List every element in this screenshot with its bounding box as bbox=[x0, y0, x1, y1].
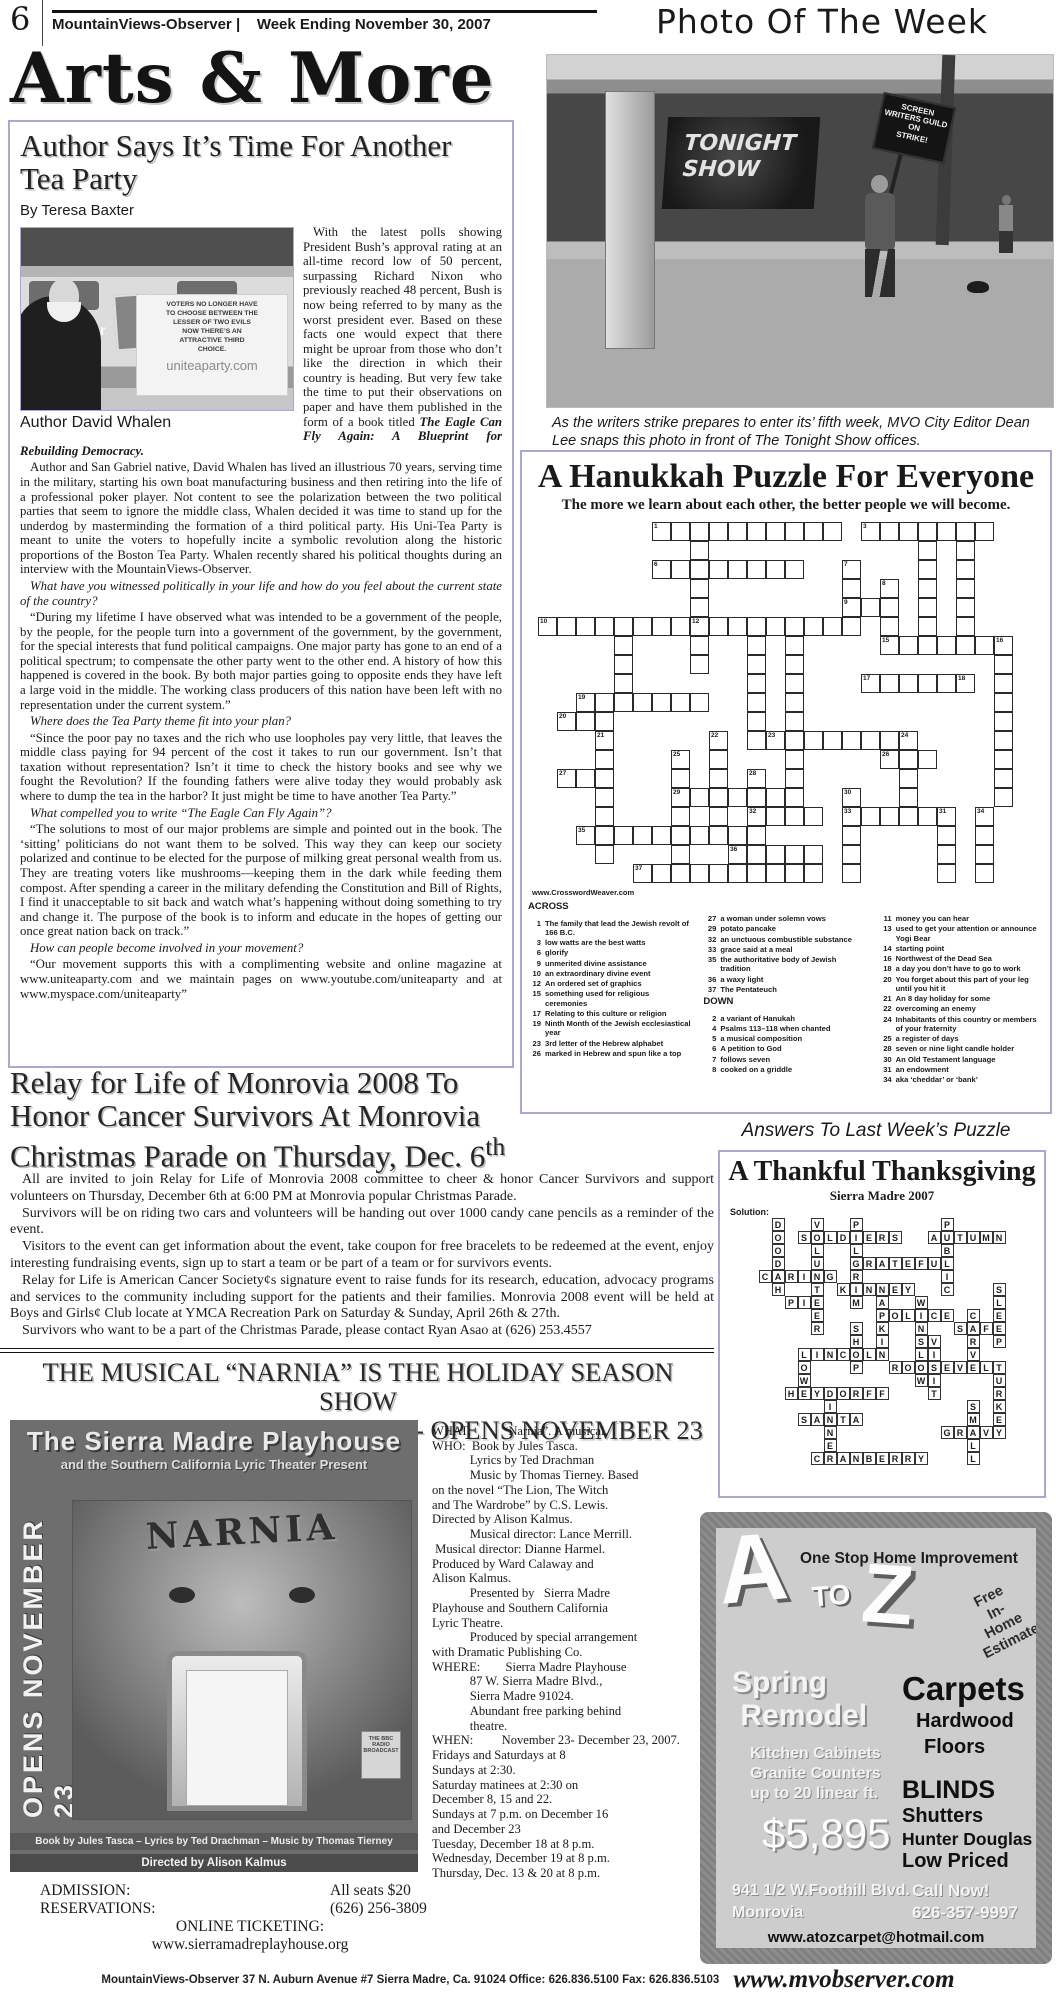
crossword-cell bbox=[614, 674, 633, 693]
crossword-cell bbox=[880, 522, 899, 541]
lion-eye-icon bbox=[169, 1587, 195, 1603]
crossword-cell bbox=[614, 617, 633, 636]
solution-cell: E bbox=[863, 1231, 876, 1244]
solution-cell: N bbox=[824, 1413, 837, 1426]
crossword-cell: 21 bbox=[595, 731, 614, 750]
clue-item: 6A petition to God bbox=[703, 1044, 868, 1053]
crossword-cell: 18 bbox=[956, 674, 975, 693]
clue-item: 34aka ‘cheddar’ or ‘bank’ bbox=[879, 1075, 1044, 1084]
section-rule bbox=[0, 1348, 714, 1353]
crossword-cell bbox=[690, 522, 709, 541]
crossword-cell bbox=[785, 655, 804, 674]
crossword-cell bbox=[576, 769, 595, 788]
crossword-cell bbox=[728, 826, 747, 845]
crossword-cell bbox=[994, 788, 1013, 807]
solution-cell: Y bbox=[811, 1387, 824, 1400]
atoz-address: 941 1/2 W.Foothill Blvd. Monrovia bbox=[732, 1880, 910, 1923]
crossword-cell bbox=[956, 598, 975, 617]
solution-cell: F bbox=[980, 1322, 993, 1335]
crossword-cell bbox=[690, 541, 709, 560]
photo-of-week-caption: As the writers strike prepares to enter … bbox=[552, 414, 1050, 450]
clue-item: 28seven or nine light candle holder bbox=[879, 1044, 1044, 1053]
atoz-shutters: Shutters bbox=[902, 1805, 983, 1828]
solution-cell: M bbox=[967, 1413, 980, 1426]
solution-cell: V bbox=[967, 1348, 980, 1361]
crossword-cell: 12 bbox=[690, 617, 709, 636]
solution-cell: L bbox=[902, 1309, 915, 1322]
crossword-cell bbox=[614, 826, 633, 845]
solution-cell: U bbox=[941, 1231, 954, 1244]
solution-cell: A bbox=[928, 1231, 941, 1244]
solution-cell: O bbox=[902, 1361, 915, 1374]
crossword-cell bbox=[747, 712, 766, 731]
crossword-cell bbox=[804, 731, 823, 750]
solution-cell: E bbox=[811, 1296, 824, 1309]
clue-item: 13used to get your attention or announce… bbox=[879, 924, 1044, 943]
crossword-cell bbox=[994, 712, 1013, 731]
crossword-cell bbox=[785, 750, 804, 769]
crossword-cell bbox=[823, 731, 842, 750]
solution-cell: N bbox=[850, 1452, 863, 1465]
crossword-cell: 1 bbox=[652, 522, 671, 541]
crossword-cell bbox=[728, 617, 747, 636]
solution-cell: R bbox=[889, 1452, 902, 1465]
solution-cell: A bbox=[876, 1296, 889, 1309]
solution-cell: N bbox=[993, 1231, 1006, 1244]
tonight-show-sign: TONIGHT SHOW bbox=[662, 117, 820, 209]
clue-item: 9unmerited divine assistance bbox=[528, 959, 693, 968]
solution-cell: R bbox=[889, 1361, 902, 1374]
solution-cell: I bbox=[876, 1335, 889, 1348]
crossword-cell: 22 bbox=[709, 731, 728, 750]
crossword-cell bbox=[747, 617, 766, 636]
solution-cell: N bbox=[824, 1426, 837, 1439]
atoz-low-priced: Low Priced bbox=[902, 1850, 1009, 1873]
crossword-cell bbox=[709, 617, 728, 636]
crossword-cell bbox=[880, 807, 899, 826]
crossword-cell bbox=[994, 769, 1013, 788]
atoz-letter-a: A bbox=[716, 1528, 792, 1627]
tea-party-headline: Author Says It’s Time For Another Tea Pa… bbox=[20, 130, 502, 195]
crossword-cell bbox=[937, 845, 956, 864]
solution-cell: A bbox=[772, 1270, 785, 1283]
crossword-cell bbox=[671, 693, 690, 712]
article-paragraph: “Our movement supports this with a compl… bbox=[20, 957, 502, 1001]
article-paragraph: How can people become involved in your m… bbox=[20, 941, 502, 956]
clue-item: 24Inhabitants of this country or members… bbox=[879, 1015, 1044, 1034]
answers-label: Answers To Last Week’s Puzzle bbox=[700, 1120, 1052, 1142]
crossword-cell bbox=[709, 864, 728, 883]
solution-cell: P bbox=[941, 1218, 954, 1231]
solution-cell: R bbox=[850, 1387, 863, 1400]
poster-venue: The Sierra Madre Playhouse bbox=[10, 1426, 418, 1457]
crossword-cell bbox=[785, 769, 804, 788]
clue-item: 32an unctuous combustible substance bbox=[703, 935, 868, 944]
solution-cell: U bbox=[811, 1257, 824, 1270]
crossword-cell bbox=[785, 788, 804, 807]
crossword-cell bbox=[652, 617, 671, 636]
crossword-cell bbox=[747, 731, 766, 750]
solution-cell: A bbox=[837, 1452, 850, 1465]
solution-cell: E bbox=[876, 1452, 889, 1465]
solution-cell: I bbox=[928, 1374, 941, 1387]
solution-cell: T bbox=[811, 1283, 824, 1296]
clue-item: 3low watts are the best watts bbox=[528, 938, 693, 947]
crossword-cell bbox=[557, 617, 576, 636]
tea-party-article: Author Says It’s Time For Another Tea Pa… bbox=[8, 120, 514, 1068]
crossword-cell bbox=[899, 807, 918, 826]
crossword-cell bbox=[899, 674, 918, 693]
crossword-cell bbox=[785, 617, 804, 636]
solution-cell: P bbox=[993, 1335, 1006, 1348]
crossword-cell: 10 bbox=[538, 617, 557, 636]
clues-column-3: 11money you can hear13used to get your a… bbox=[879, 899, 1044, 1085]
crossword-cell bbox=[766, 788, 785, 807]
poster-opens-banner: OPENS NOVEMBER 23 bbox=[18, 1498, 80, 1818]
clue-item: 4Psalms 113–118 when chanted bbox=[703, 1024, 868, 1033]
crossword-credit: www.CrosswordWeaver.com bbox=[532, 888, 1044, 897]
solution-cell: K bbox=[876, 1322, 889, 1335]
page-number: 6 bbox=[10, 0, 30, 38]
tea-party-photo-caption: Author David Whalen bbox=[20, 414, 294, 432]
clue-item: 12An ordered set of graphics bbox=[528, 979, 693, 988]
crossword-cell bbox=[633, 826, 652, 845]
solution-cell: R bbox=[863, 1257, 876, 1270]
crossword-cell bbox=[614, 636, 633, 655]
solution-cell: A bbox=[811, 1413, 824, 1426]
solution-cell: E bbox=[941, 1309, 954, 1322]
solution-cell: S bbox=[967, 1400, 980, 1413]
solution-cell: Y bbox=[993, 1426, 1006, 1439]
crossword-cell: 8 bbox=[880, 579, 899, 598]
online-ticketing-url: www.sierramadreplayhouse.org bbox=[40, 1936, 460, 1954]
crossword-cell bbox=[937, 636, 956, 655]
crossword-cell bbox=[785, 674, 804, 693]
crossword-cell bbox=[861, 731, 880, 750]
atoz-hardwood: Hardwood bbox=[916, 1710, 1014, 1733]
solution-cell: I bbox=[798, 1270, 811, 1283]
crossword-cell bbox=[956, 560, 975, 579]
clue-item: 26marked in Hebrew and spun like a top bbox=[528, 1049, 693, 1058]
atoz-promo-items: Kitchen Cabinets Granite Counters up to … bbox=[750, 1744, 881, 1804]
puzzle-title: A Hanukkah Puzzle For Everyone bbox=[528, 458, 1044, 496]
tea-party-body: me to our VOTERS NO LONGER HAVE TO CHOOS… bbox=[20, 225, 502, 1001]
crossword-cell bbox=[918, 636, 937, 655]
solution-cell: R bbox=[824, 1452, 837, 1465]
answers-subtitle: Sierra Madre 2007 bbox=[724, 1188, 1040, 1204]
solution-cell: H bbox=[772, 1283, 785, 1296]
solution-cell: C bbox=[967, 1309, 980, 1322]
solution-cell: F bbox=[876, 1387, 889, 1400]
crossword-cell bbox=[690, 788, 709, 807]
crossword-cell bbox=[975, 864, 994, 883]
crossword-cell bbox=[709, 807, 728, 826]
crossword-cell bbox=[766, 864, 785, 883]
article-paragraph: What have you witnessed politically in y… bbox=[20, 579, 502, 608]
crossword-cell: 35 bbox=[576, 826, 595, 845]
clues-column-1: ACROSS 1The family that lead the Jewish … bbox=[528, 899, 693, 1085]
solution-cell: D bbox=[772, 1218, 785, 1231]
solution-cell: K bbox=[837, 1283, 850, 1296]
atoz-hunter-douglas: Hunter Douglas bbox=[902, 1829, 1032, 1850]
crossword-cell bbox=[918, 617, 937, 636]
admission-row: ADMISSION:All seats $20 bbox=[40, 1882, 600, 1900]
crossword-cell bbox=[899, 522, 918, 541]
crossword-cell bbox=[842, 617, 861, 636]
crossword-grid: 1234567891011121314151617181920212223242… bbox=[538, 522, 1034, 886]
crossword-cell: 30 bbox=[842, 788, 861, 807]
solution-cell: K bbox=[993, 1400, 1006, 1413]
crossword-cell bbox=[747, 788, 766, 807]
solution-cell: L bbox=[967, 1452, 980, 1465]
crossword-cell bbox=[918, 807, 937, 826]
clue-item: 21An 8 day holiday for some bbox=[879, 994, 1044, 1003]
crossword-cell bbox=[671, 617, 690, 636]
crossword-cell bbox=[975, 826, 994, 845]
crossword-cell bbox=[690, 636, 709, 655]
crossword-cell: 37 bbox=[633, 864, 652, 883]
solution-cell: A bbox=[967, 1426, 980, 1439]
solution-cell: T bbox=[889, 1257, 902, 1270]
crossword-cell bbox=[899, 750, 918, 769]
crossword-cell bbox=[842, 864, 861, 883]
solution-cell: B bbox=[941, 1244, 954, 1257]
crossword-cell bbox=[690, 560, 709, 579]
crossword-cell bbox=[956, 636, 975, 655]
solution-cell: G bbox=[941, 1426, 954, 1439]
solution-cell: I bbox=[915, 1309, 928, 1322]
puzzle-subtitle: The more we learn about each other, the … bbox=[528, 497, 1044, 514]
crossword-cell bbox=[842, 826, 861, 845]
solution-cell: U bbox=[993, 1374, 1006, 1387]
crossword-cell bbox=[956, 617, 975, 636]
narnia-details: WHAT: “Narnia”. A musical. WHO: Book by … bbox=[432, 1424, 708, 1881]
crossword-cell bbox=[595, 807, 614, 826]
crossword-cell bbox=[804, 522, 823, 541]
poster-credits: Book by Jules Tasca – Lyrics by Ted Drac… bbox=[10, 1833, 418, 1850]
relay-headline: Relay for Life of Monrovia 2008 To Honor… bbox=[10, 1066, 550, 1173]
solution-cell: R bbox=[954, 1426, 967, 1439]
solution-cell: R bbox=[785, 1270, 798, 1283]
solution-cell: Y bbox=[915, 1452, 928, 1465]
crossword-cell bbox=[785, 693, 804, 712]
solution-cell: P bbox=[850, 1361, 863, 1374]
crossword-cell bbox=[880, 731, 899, 750]
crossword-cell bbox=[804, 807, 823, 826]
solution-cell: M bbox=[850, 1296, 863, 1309]
crossword-cell bbox=[652, 693, 671, 712]
crossword-cell bbox=[975, 636, 994, 655]
crossword-cell bbox=[918, 560, 937, 579]
crossword-cell bbox=[671, 769, 690, 788]
solution-cell: S bbox=[798, 1413, 811, 1426]
answers-box: A Thankful Thanksgiving Sierra Madre 200… bbox=[718, 1150, 1046, 1498]
solution-cell: I bbox=[928, 1348, 941, 1361]
clue-item: 29potato pancake bbox=[703, 924, 868, 933]
tea-party-photo-block: me to our VOTERS NO LONGER HAVE TO CHOOS… bbox=[20, 227, 294, 432]
crossword-cell bbox=[785, 712, 804, 731]
atoz-to: TO bbox=[811, 1579, 852, 1614]
solution-cell: I bbox=[798, 1296, 811, 1309]
crossword-cell bbox=[994, 750, 1013, 769]
crossword-cell bbox=[956, 522, 975, 541]
crossword-cell bbox=[975, 845, 994, 864]
solution-cell: O bbox=[837, 1387, 850, 1400]
clue-item: 6glorify bbox=[528, 948, 693, 957]
solution-cell: O bbox=[772, 1244, 785, 1257]
solution-cell: A bbox=[967, 1322, 980, 1335]
solution-cell: F bbox=[915, 1257, 928, 1270]
crossword-cell bbox=[994, 674, 1013, 693]
crossword-cell bbox=[937, 864, 956, 883]
poster-artwork: NARNIA THE BBC RADIO BROADCAST bbox=[72, 1500, 412, 1820]
clue-item: 16Northwest of the Dead Sea bbox=[879, 954, 1044, 963]
crossword-cell bbox=[671, 826, 690, 845]
solution-cell: V bbox=[954, 1361, 967, 1374]
clue-item: 36a waxy light bbox=[703, 975, 868, 984]
photo-of-week-image: TONIGHT SHOW SCREEN WRITERS GUILD ON STR… bbox=[546, 54, 1054, 408]
crossword-cell bbox=[595, 845, 614, 864]
crossword-cell bbox=[576, 712, 595, 731]
solution-cell: N bbox=[824, 1348, 837, 1361]
down-label: DOWN bbox=[703, 996, 868, 1008]
clue-item: 19Ninth Month of the Jewish ecclesiastic… bbox=[528, 1019, 693, 1038]
crossword-cell bbox=[633, 693, 652, 712]
poster-director: Directed by Alison Kalmus bbox=[10, 1854, 418, 1872]
crossword-cell bbox=[918, 598, 937, 617]
crossword-cell bbox=[994, 731, 1013, 750]
solution-cell: N bbox=[876, 1283, 889, 1296]
solution-grid: DVPPOSOLDIERSAUTUMNOLLBDUGRATEFULCARINGR… bbox=[759, 1218, 1006, 1465]
masthead-title: MountainViews-Observer | bbox=[52, 16, 240, 33]
crossword-cell bbox=[728, 522, 747, 541]
dog-silhouette bbox=[967, 281, 989, 293]
atoz-price: $5,895 bbox=[762, 1810, 890, 1858]
striker-figure bbox=[865, 193, 895, 251]
crossword-cell bbox=[766, 560, 785, 579]
crossword-cell bbox=[785, 845, 804, 864]
solution-cell: B bbox=[863, 1452, 876, 1465]
crossword-cell bbox=[823, 617, 842, 636]
clue-item: 5a musical composition bbox=[703, 1034, 868, 1043]
solution-cell: L bbox=[798, 1348, 811, 1361]
answers-title: A Thankful Thanksgiving bbox=[724, 1156, 1040, 1188]
pedestrian-head bbox=[1002, 195, 1011, 205]
solution-cell: E bbox=[798, 1387, 811, 1400]
solution-cell: N bbox=[915, 1322, 928, 1335]
solution-cell: P bbox=[850, 1218, 863, 1231]
clue-item: 30An Old Testament language bbox=[879, 1055, 1044, 1064]
crossword-cell bbox=[690, 655, 709, 674]
solution-cell: I bbox=[811, 1348, 824, 1361]
solution-cell: I bbox=[850, 1231, 863, 1244]
crossword-cell: 33 bbox=[842, 807, 861, 826]
solution-cell: E bbox=[967, 1361, 980, 1374]
pedestrian-legs bbox=[999, 231, 1013, 253]
crossword-cell: 23 bbox=[766, 731, 785, 750]
crossword-cell: 29 bbox=[671, 788, 690, 807]
crossword-cell bbox=[690, 693, 709, 712]
narnia-logo: NARNIA bbox=[72, 1502, 412, 1562]
clue-item: 25a register of days bbox=[879, 1034, 1044, 1043]
solution-cell: L bbox=[967, 1439, 980, 1452]
clue-item: 15something used for religious ceremonie… bbox=[528, 989, 693, 1008]
footer-website: www.mvobserver.com bbox=[733, 1966, 954, 1994]
clue-item: 7follows seven bbox=[703, 1055, 868, 1064]
relay-body: All are invited to join Relay for Life o… bbox=[10, 1172, 714, 1340]
crossword-cell bbox=[709, 826, 728, 845]
crossword-cell bbox=[880, 674, 899, 693]
solution-cell: V bbox=[811, 1218, 824, 1231]
solution-cell: T bbox=[928, 1387, 941, 1400]
wardrobe-icon bbox=[167, 1651, 307, 1811]
solution-cell: P bbox=[876, 1309, 889, 1322]
solution-cell: T bbox=[993, 1361, 1006, 1374]
crossword-cell bbox=[994, 693, 1013, 712]
solution-cell: S bbox=[889, 1231, 902, 1244]
clue-item: 11money you can hear bbox=[879, 914, 1044, 923]
crossword-cell bbox=[747, 693, 766, 712]
crossword-cell bbox=[937, 674, 956, 693]
crossword-cell bbox=[804, 845, 823, 864]
crossword-cell: 19 bbox=[576, 693, 595, 712]
solution-cell: A bbox=[850, 1413, 863, 1426]
crossword-cell: 16 bbox=[994, 636, 1013, 655]
crossword-cell bbox=[595, 693, 614, 712]
solution-cell: V bbox=[928, 1335, 941, 1348]
narnia-poster: The Sierra Madre Playhouse and the South… bbox=[10, 1420, 418, 1872]
atoz-free-estimate: Free In- Home Estimate bbox=[958, 1576, 1036, 1663]
clues-column-2: 27a woman under solemn vows29potato panc… bbox=[703, 899, 868, 1085]
admission-block: ADMISSION:All seats $20RESERVATIONS:(626… bbox=[40, 1882, 600, 1954]
pedestrian-figure bbox=[999, 205, 1013, 231]
crossword-cell bbox=[785, 636, 804, 655]
atoz-email: www.atozcarpet@hotmail.com bbox=[716, 1929, 1036, 1946]
solution-cell: I bbox=[850, 1283, 863, 1296]
solution-cell: D bbox=[837, 1231, 850, 1244]
tea-party-byline: By Teresa Baxter bbox=[20, 202, 502, 219]
crossword-cell bbox=[709, 750, 728, 769]
newspaper-page: 6 MountainViews-Observer | Week Ending N… bbox=[0, 0, 1056, 2001]
solution-cell: S bbox=[993, 1283, 1006, 1296]
crossword-cell bbox=[671, 864, 690, 883]
clue-item: 233rd letter of the Hebrew alphabet bbox=[528, 1039, 693, 1048]
solution-cell: L bbox=[915, 1348, 928, 1361]
crossword-cell bbox=[899, 769, 918, 788]
crossword-cell: 24 bbox=[899, 731, 918, 750]
crossword-cell: 7 bbox=[842, 560, 861, 579]
crossword-cell: 9 bbox=[842, 598, 861, 617]
solution-cell: R bbox=[993, 1387, 1006, 1400]
crossword-cell bbox=[690, 598, 709, 617]
crossword-cell bbox=[785, 731, 804, 750]
footer-address: MountainViews-Observer 37 N. Auburn Aven… bbox=[101, 1974, 719, 1986]
crossword-cell bbox=[766, 807, 785, 826]
solution-cell: T bbox=[954, 1231, 967, 1244]
clue-item: 8cooked on a griddle bbox=[703, 1065, 868, 1074]
crossword-cell: 6 bbox=[652, 560, 671, 579]
solution-cell: H bbox=[785, 1387, 798, 1400]
crossword-cell bbox=[899, 636, 918, 655]
crossword-cell bbox=[747, 636, 766, 655]
crossword-cell: 27 bbox=[557, 769, 576, 788]
crossword-cell bbox=[671, 522, 690, 541]
crossword-cell bbox=[994, 655, 1013, 674]
masthead: MountainViews-Observer | Week Ending Nov… bbox=[52, 10, 597, 33]
crossword-cell bbox=[747, 522, 766, 541]
clue-item: 22overcoming an enemy bbox=[879, 1004, 1044, 1013]
atoz-carpets: Carpets bbox=[902, 1670, 1025, 1708]
